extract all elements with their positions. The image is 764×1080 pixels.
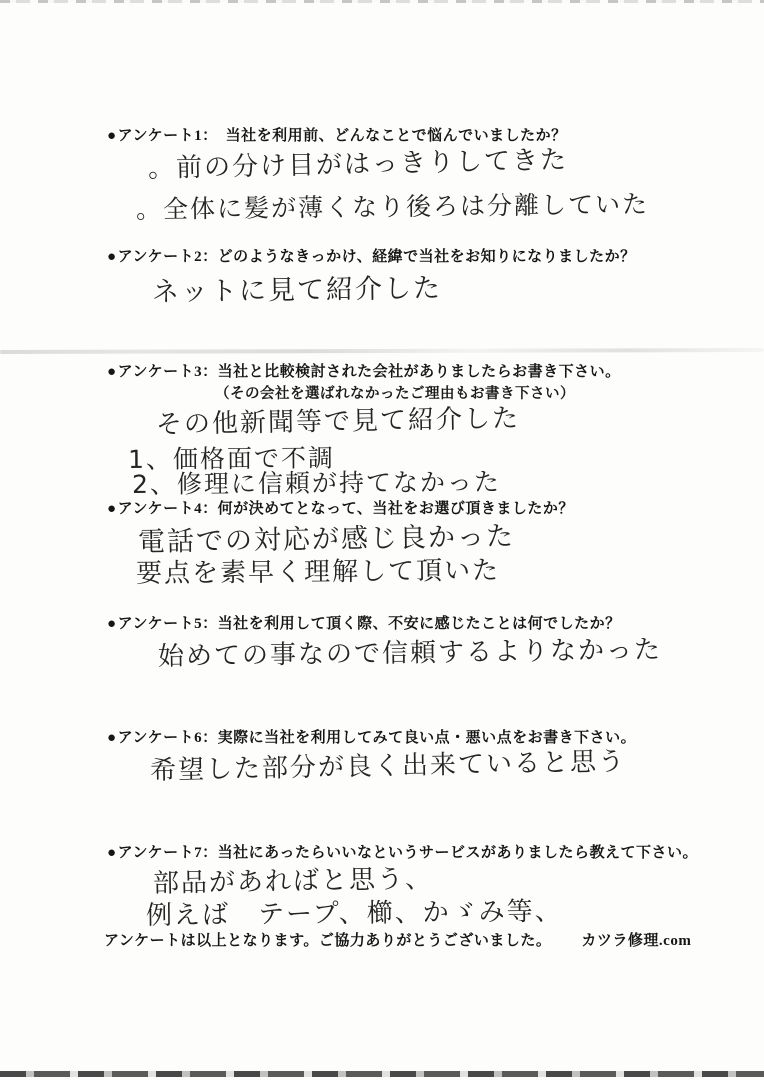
handwritten-answer-q7-line2: 例えば テープ、櫛、かゞみ等、 [146,891,563,932]
handwritten-answer-q6-line1: 希望した部分が良く出来ていると思う [150,741,627,787]
scan-artifact-fold-crease [0,348,764,354]
question-2-text: アンケート2：どのようなきっかけ、経緯で当社をお知りになりましたか？ [118,249,636,265]
handwritten-answer-q5-line1: 始めての事なので信頼するよりなかった [158,629,662,673]
handwritten-answer-q1-line1: 。前の分け目がはっきりしてきた [148,139,569,185]
question-2-label: ●アンケート2：どのようなきっかけ、経緯で当社をお知りになりましたか？ [107,245,636,266]
handwritten-answer-q4-line2: 要点を素早く理解して頂いた [136,550,500,590]
bullet-icon: ● [107,616,117,632]
footer-closing-line: アンケートは以上となります。ご協力ありがとうございました。カツラ修理.com [104,929,691,950]
brand-name: カツラ修理.com [581,933,691,949]
bullet-icon: ● [107,128,117,144]
scanned-survey-page: ●アンケート1： 当社を利用前、どんなことで悩んでいましたか？ 。前の分け目がは… [0,0,764,1080]
bullet-icon: ● [107,364,117,380]
handwritten-answer-q2-line1: ネットに見て紹介した [152,266,443,309]
footer-text: アンケートは以上となります。ご協力ありがとうございました。 [104,933,551,949]
handwritten-answer-q3-line3: 2、修理に信頼が持てなかった [132,462,501,501]
bullet-icon: ● [107,845,117,861]
bullet-icon: ● [107,249,117,265]
handwritten-answer-q1-line2: 。全体に髪が薄くなり後ろは分離していた [136,185,649,226]
bullet-icon: ● [107,501,117,517]
handwritten-answer-q3-line1: その他新聞等で見て紹介した [156,398,521,441]
scan-artifact-bottom-edge [0,1071,764,1077]
question-3-text: アンケート3：当社と比較検討された会社がありましたらお書き下さい。 [118,364,621,380]
scan-artifact-top-edge [0,0,764,3]
question-3-label: ●アンケート3：当社と比較検討された会社がありましたらお書き下さい。 [107,360,621,381]
bullet-icon: ● [107,730,117,746]
